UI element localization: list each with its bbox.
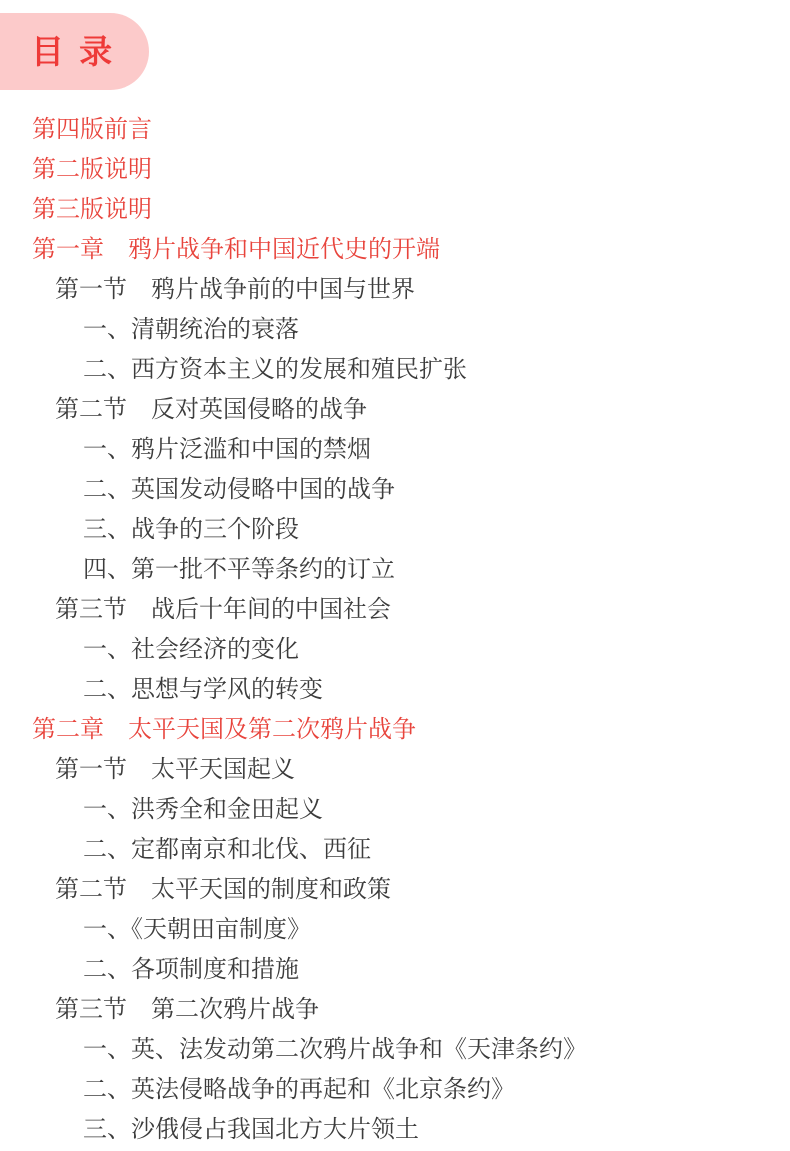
toc-item-chapter[interactable]: 第一章 鸦片战争和中国近代史的开端: [0, 230, 790, 270]
toc-item-section[interactable]: 第一节 太平天国起义: [0, 750, 790, 790]
toc-item-subsection[interactable]: 三、沙俄侵占我国北方大片领土: [0, 1110, 790, 1150]
toc-item-subsection[interactable]: 一、洪秀全和金田起义: [0, 790, 790, 830]
toc-item-subsection[interactable]: 四、第一批不平等条约的订立: [0, 550, 790, 590]
toc-item-subsection[interactable]: 一、鸦片泛滥和中国的禁烟: [0, 430, 790, 470]
toc-item-subsection[interactable]: 二、英法侵略战争的再起和《北京条约》: [0, 1070, 790, 1110]
toc-header-label: 目 录: [31, 35, 115, 68]
toc-item-subsection[interactable]: 一、清朝统治的衰落: [0, 310, 790, 350]
toc-item-front-matter[interactable]: 第三版说明: [0, 190, 790, 230]
toc-list: 第四版前言第二版说明第三版说明第一章 鸦片战争和中国近代史的开端第一节 鸦片战争…: [0, 110, 790, 1150]
toc-item-subsection[interactable]: 二、思想与学风的转变: [0, 670, 790, 710]
toc-item-subsection[interactable]: 二、定都南京和北伐、西征: [0, 830, 790, 870]
toc-item-subsection[interactable]: 一、英、法发动第二次鸦片战争和《天津条约》: [0, 1030, 790, 1070]
toc-item-section[interactable]: 第三节 战后十年间的中国社会: [0, 590, 790, 630]
toc-item-front-matter[interactable]: 第二版说明: [0, 150, 790, 190]
toc-item-subsection[interactable]: 二、西方资本主义的发展和殖民扩张: [0, 350, 790, 390]
toc-item-chapter[interactable]: 第二章 太平天国及第二次鸦片战争: [0, 710, 790, 750]
toc-item-subsection[interactable]: 一、《天朝田亩制度》: [0, 910, 790, 950]
toc-item-section[interactable]: 第一节 鸦片战争前的中国与世界: [0, 270, 790, 310]
toc-item-subsection[interactable]: 二、英国发动侵略中国的战争: [0, 470, 790, 510]
toc-item-section[interactable]: 第三节 第二次鸦片战争: [0, 990, 790, 1030]
toc-item-subsection[interactable]: 一、社会经济的变化: [0, 630, 790, 670]
toc-item-section[interactable]: 第二节 太平天国的制度和政策: [0, 870, 790, 910]
toc-header-badge: 目 录: [0, 13, 149, 90]
toc-item-subsection[interactable]: 二、各项制度和措施: [0, 950, 790, 990]
toc-item-subsection[interactable]: 三、战争的三个阶段: [0, 510, 790, 550]
toc-item-front-matter[interactable]: 第四版前言: [0, 110, 790, 150]
toc-item-section[interactable]: 第二节 反对英国侵略的战争: [0, 390, 790, 430]
